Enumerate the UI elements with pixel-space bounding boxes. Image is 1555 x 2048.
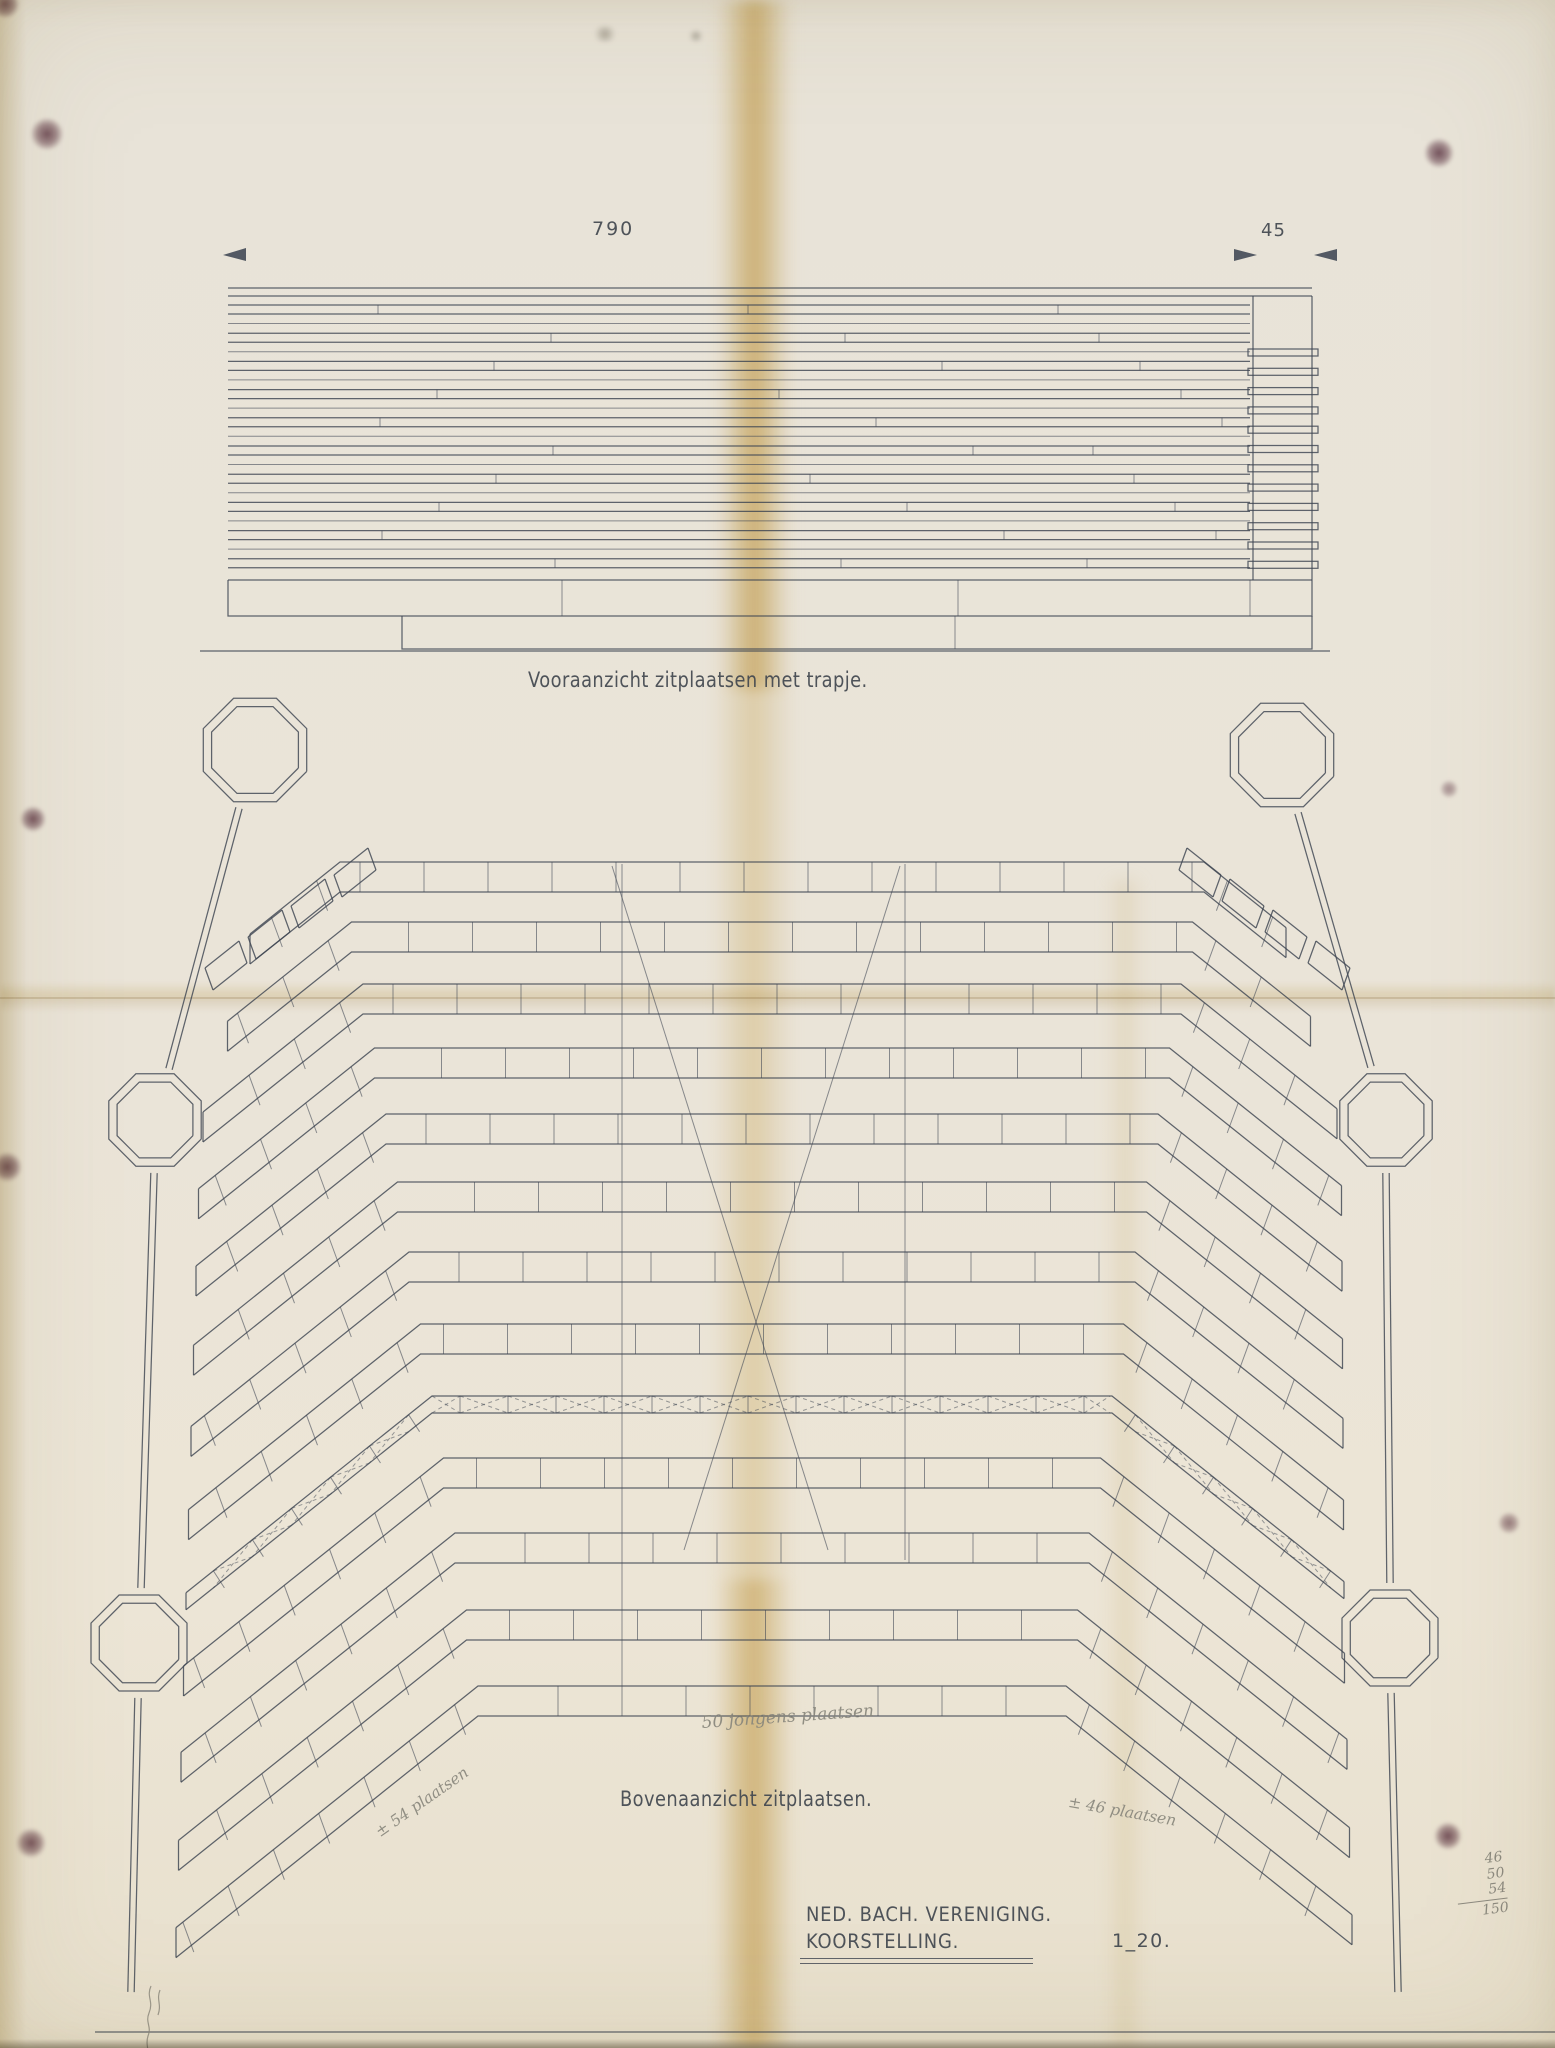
stain-spot	[1424, 138, 1454, 168]
title-line1: NED. BACH. VERENIGING.	[806, 1903, 1052, 1926]
dimension-arrows	[223, 248, 1337, 261]
top-view-caption: Bovenaanzicht zitplaatsen.	[620, 1787, 872, 1811]
front-view-drawing	[200, 288, 1330, 651]
dimension-stair-label: 45	[1261, 220, 1286, 241]
stain-spot	[20, 806, 46, 832]
stain-spot	[16, 1828, 46, 1858]
stain-spot	[1440, 780, 1458, 798]
stain-spot	[1434, 1822, 1462, 1850]
stain-spot	[1498, 1512, 1520, 1534]
smudge-mark	[592, 26, 618, 42]
drawing-sheet: 790 45 Vooraanzicht zitplaatsen met trap…	[0, 0, 1555, 2048]
loose-planks	[205, 848, 1350, 990]
ink-drawing	[0, 0, 1555, 2048]
pencil-sum: 46 50 54 150	[1452, 1850, 1510, 1922]
front-view-caption: Vooraanzicht zitplaatsen met trapje.	[528, 668, 868, 692]
pencil-marks	[146, 1986, 160, 2048]
smudge-mark	[688, 30, 704, 42]
title-underline	[800, 1958, 1033, 1964]
dimension-total-label: 790	[592, 218, 634, 240]
title-line2: KOORSTELLING.	[806, 1930, 959, 1953]
stain-spot	[30, 118, 64, 150]
scale-label: 1_20.	[1112, 1930, 1171, 1952]
